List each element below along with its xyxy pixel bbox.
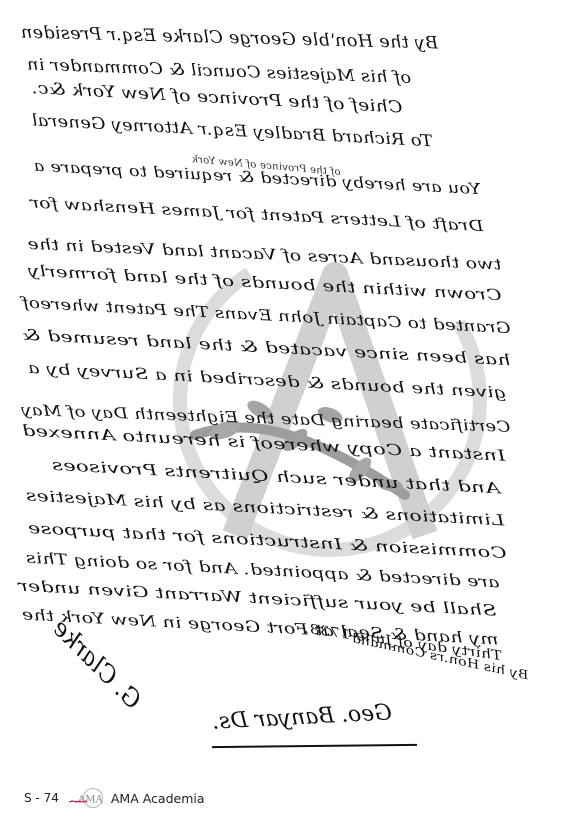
logo-text: AMA <box>77 795 103 806</box>
manuscript-line-text: To Richard Bradley Esq.r Attorney Genera… <box>31 110 433 150</box>
ama-logo-icon: AMA <box>67 787 105 809</box>
manuscript-line-text: By the Hon'ble George Clarke Esq.r Presi… <box>20 23 438 54</box>
page-footer: S - 74 AMA AMA Academia <box>24 786 205 810</box>
manuscript-line-text: Draft of Letters Patent for James Hensha… <box>29 193 484 235</box>
brand-name: AMA Academia <box>111 791 205 806</box>
page-number: S - 74 <box>24 791 59 805</box>
document-page: By the Hon'ble George Clarke Esq.r Presi… <box>0 0 567 822</box>
